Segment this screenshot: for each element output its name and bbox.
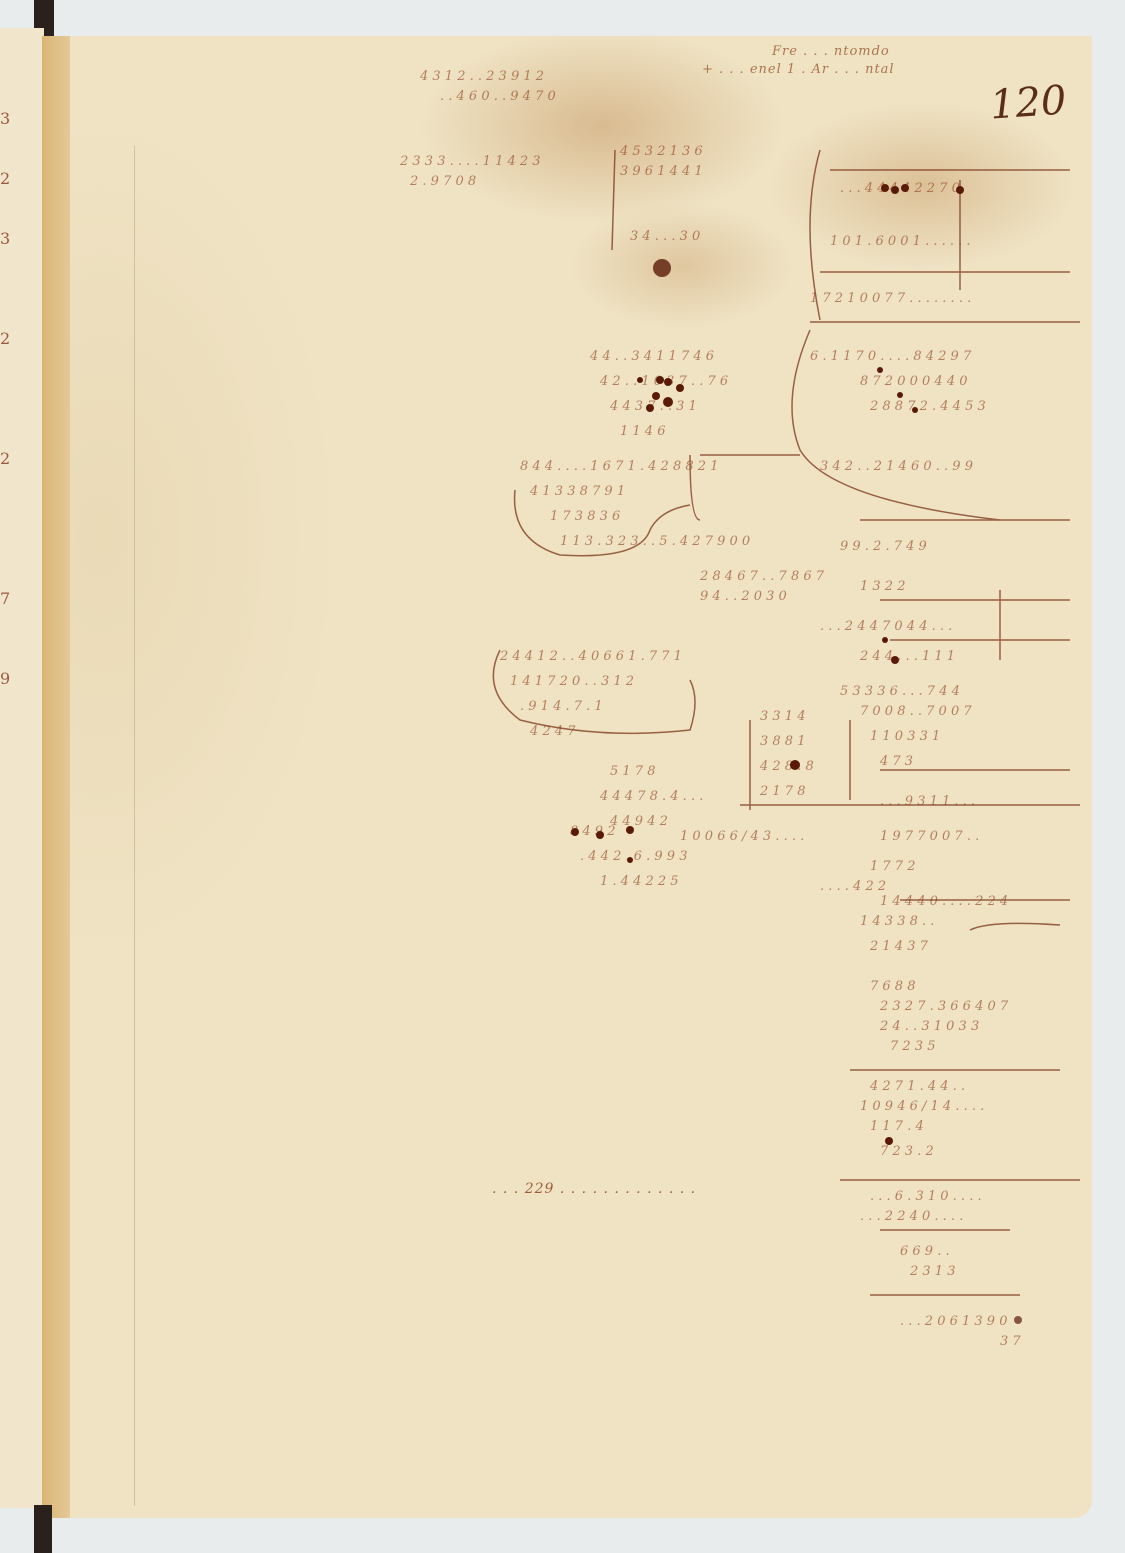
svg-text:. . . . 4 2 2: . . . . 4 2 2 [820, 879, 886, 894]
svg-text:2 . 9 7 0 8: 2 . 9 7 0 8 [409, 174, 476, 189]
svg-text:2 4 . . 3 1 0 3 3: 2 4 . . 3 1 0 3 3 [879, 1019, 979, 1034]
svg-text:1 9 7 7 0 0 7 . .: 1 9 7 7 0 0 7 . . [880, 829, 979, 844]
svg-text:4 4 4 7 8 . 4 . . .: 4 4 4 7 8 . 4 . . . [599, 789, 703, 804]
svg-text:. . 4 6 0 . . 9 4 7 0: . . 4 6 0 . . 9 4 7 0 [440, 89, 556, 104]
svg-text:3 7: 3 7 [1000, 1334, 1021, 1349]
svg-text:. . . 9 3 1 1 . . .: . . . 9 3 1 1 . . . [880, 794, 975, 809]
svg-text:1 0 1 . 6 0 0 1 . . . . . .: 1 0 1 . 6 0 0 1 . . . . . . [830, 234, 971, 249]
svg-text:3 3 1 4: 3 3 1 4 [760, 709, 805, 724]
svg-text:6 . 1 1 7 0 . . . . 8 4 2 9 7: 6 . 1 1 7 0 . . . . 8 4 2 9 7 [810, 349, 972, 364]
svg-text:5 1 7 8: 5 1 7 8 [610, 764, 655, 779]
svg-text:1 4 4 4 0 . . . . 2 2 4: 1 4 4 4 0 . . . . 2 2 4 [880, 894, 1008, 909]
svg-text:. 9 1 4 . 7 . 1: . 9 1 4 . 7 . 1 [520, 699, 603, 714]
svg-text:3 4 2 . . 2 1 4 6 0 . . 9 9: 3 4 2 . . 2 1 4 6 0 . . 9 9 [820, 459, 973, 474]
svg-text:1 4 1 7 2 0 . . 3 1 2: 1 4 1 7 2 0 . . 3 1 2 [510, 674, 634, 689]
svg-text:4 4 9 4 2: 4 4 9 4 2 [609, 814, 668, 829]
svg-text:. . . 2 0 6 1 3 9 0: . . . 2 0 6 1 3 9 0 [900, 1314, 1008, 1329]
svg-text:1 7 2 1 0 0 7 7 . . . . . . .: 1 7 2 1 0 0 7 7 . . . . . . . . [810, 291, 971, 306]
svg-text:. . . 6 . 3 1 0 . . . .: . . . 6 . 3 1 0 . . . . [870, 1189, 982, 1204]
svg-text:2 3 2 7 . 3 6 6 4 0 7: 2 3 2 7 . 3 6 6 4 0 7 [879, 999, 1009, 1014]
svg-text:3 8 8 1: 3 8 8 1 [760, 734, 805, 749]
svg-text:4 4 . . 3 4 1 1 7 4 6: 4 4 . . 3 4 1 1 7 4 6 [589, 349, 714, 364]
svg-text:1 1 7 . 4: 1 1 7 . 4 [870, 1119, 924, 1134]
svg-text:1 4 3 3 8 . .: 1 4 3 3 8 . . [860, 914, 934, 929]
svg-text:2 1 7 8: 2 1 7 8 [759, 784, 805, 799]
svg-text:2 1 4 3 7: 2 1 4 3 7 [869, 939, 929, 954]
svg-text:9 9 . 2 . 7 4 9: 9 9 . 2 . 7 4 9 [840, 539, 927, 554]
svg-text:5 3 3 3 6 . . . 7 4 4: 5 3 3 3 6 . . . 7 4 4 [840, 684, 960, 699]
svg-text:4 3 1 2 . . 2 3 9 1 2: 4 3 1 2 . . 2 3 9 1 2 [419, 69, 544, 84]
svg-text:. . . 2 2 4 0 . . . .: . . . 2 2 4 0 . . . . [860, 1209, 963, 1224]
svg-text:1 0 0 6 6 / 4 3 . . . .: 1 0 0 6 6 / 4 3 . . . . [680, 829, 804, 844]
svg-text:2 8 4 6 7 . . 7 8 6 7: 2 8 4 6 7 . . 7 8 6 7 [699, 569, 825, 584]
svg-text:2 8 8 7 2 . 4 4 5 3: 2 8 8 7 2 . 4 4 5 3 [869, 399, 986, 414]
svg-text:7 2 3 . 2: 7 2 3 . 2 [880, 1144, 934, 1159]
svg-text:1 7 7 2: 1 7 7 2 [870, 859, 915, 874]
svg-text:. . . 4 4 4 4 2 2 7 0: . . . 4 4 4 4 2 2 7 0 [840, 181, 960, 196]
svg-text:4 2 4 7: 4 2 4 7 [529, 724, 576, 739]
svg-text:1 1 4 6: 1 1 4 6 [620, 424, 665, 439]
svg-text:3 9 6 1 4 4 1: 3 9 6 1 4 4 1 [620, 164, 703, 179]
binding-bottom [34, 1505, 52, 1553]
svg-text:2 3 3 3 . . . . 1 1 4 2 3: 2 3 3 3 . . . . 1 1 4 2 3 [399, 154, 541, 169]
svg-text:1 3 2 2: 1 3 2 2 [860, 579, 905, 594]
svg-text:1 0 9 4 6 / 1 4 . . . .: 1 0 9 4 6 / 1 4 . . . . [860, 1099, 984, 1114]
svg-text:8 4 4 . . . . 1 6 7 1 . 4 2 8: 8 4 4 . . . . 1 6 7 1 . 4 2 8 8 2 1 [520, 459, 718, 474]
svg-text:7 0 0 8 . . 7 0 0 7: 7 0 0 8 . . 7 0 0 7 [860, 704, 972, 719]
svg-text:4 2 7 1 . 4 4 . .: 4 2 7 1 . 4 4 . . [869, 1079, 965, 1094]
svg-text:7 2 3 5: 7 2 3 5 [890, 1039, 935, 1054]
svg-text:1 1 3 . 3 2 3 . . 5 . 4 2 7 9: 1 1 3 . 3 2 3 . . 5 . 4 2 7 9 0 0 [560, 534, 750, 549]
svg-text:9 4 . . 2 0 3 0: 9 4 . . 2 0 3 0 [700, 589, 787, 604]
svg-text:4 2 8 . 8: 4 2 8 . 8 [759, 759, 814, 774]
svg-text:4 5 3 2 1 3 6: 4 5 3 2 1 3 6 [619, 144, 703, 159]
svg-text:4 1 3 3 8 7 9 1: 4 1 3 3 8 7 9 1 [529, 484, 625, 499]
svg-text:8 7 2 0 0 0 4 4 0: 8 7 2 0 0 0 4 4 0 [860, 374, 968, 389]
calculation-ink-marks: 4 3 1 2 . . 2 3 9 1 2 . . 4 6 0 . . 9 4 … [0, 0, 1125, 1553]
svg-text:6 6 9 . .: 6 6 9 . . [900, 1244, 950, 1259]
svg-text:. 4 4 2 . 6 . 9 9 3: . 4 4 2 . 6 . 9 9 3 [580, 849, 688, 864]
svg-text:2 3 1 3: 2 3 1 3 [909, 1264, 955, 1279]
svg-text:7 6 8 8: 7 6 8 8 [870, 979, 915, 994]
svg-text:. . . 2 4 4 7 0 4 4 . . .: . . . 2 4 4 7 0 4 4 . . . [820, 619, 952, 634]
svg-text:2 4 4 . . . 1 1 1: 2 4 4 . . . 1 1 1 [859, 649, 955, 664]
svg-text:1 7 3 8 3 6: 1 7 3 8 3 6 [550, 509, 620, 524]
svg-text:1 . 4 4 2 2 5: 1 . 4 4 2 2 5 [600, 874, 679, 889]
svg-text:3 4 . . . 3 0: 3 4 . . . 3 0 [630, 229, 700, 244]
svg-text:1 1 0 3 3 1: 1 1 0 3 3 1 [870, 729, 940, 744]
svg-text:2 4 4 1 2 . . 4 0 6 6 1 . 7 7: 2 4 4 1 2 . . 4 0 6 6 1 . 7 7 1 [499, 649, 682, 664]
svg-text:4 7 3: 4 7 3 [879, 754, 913, 769]
